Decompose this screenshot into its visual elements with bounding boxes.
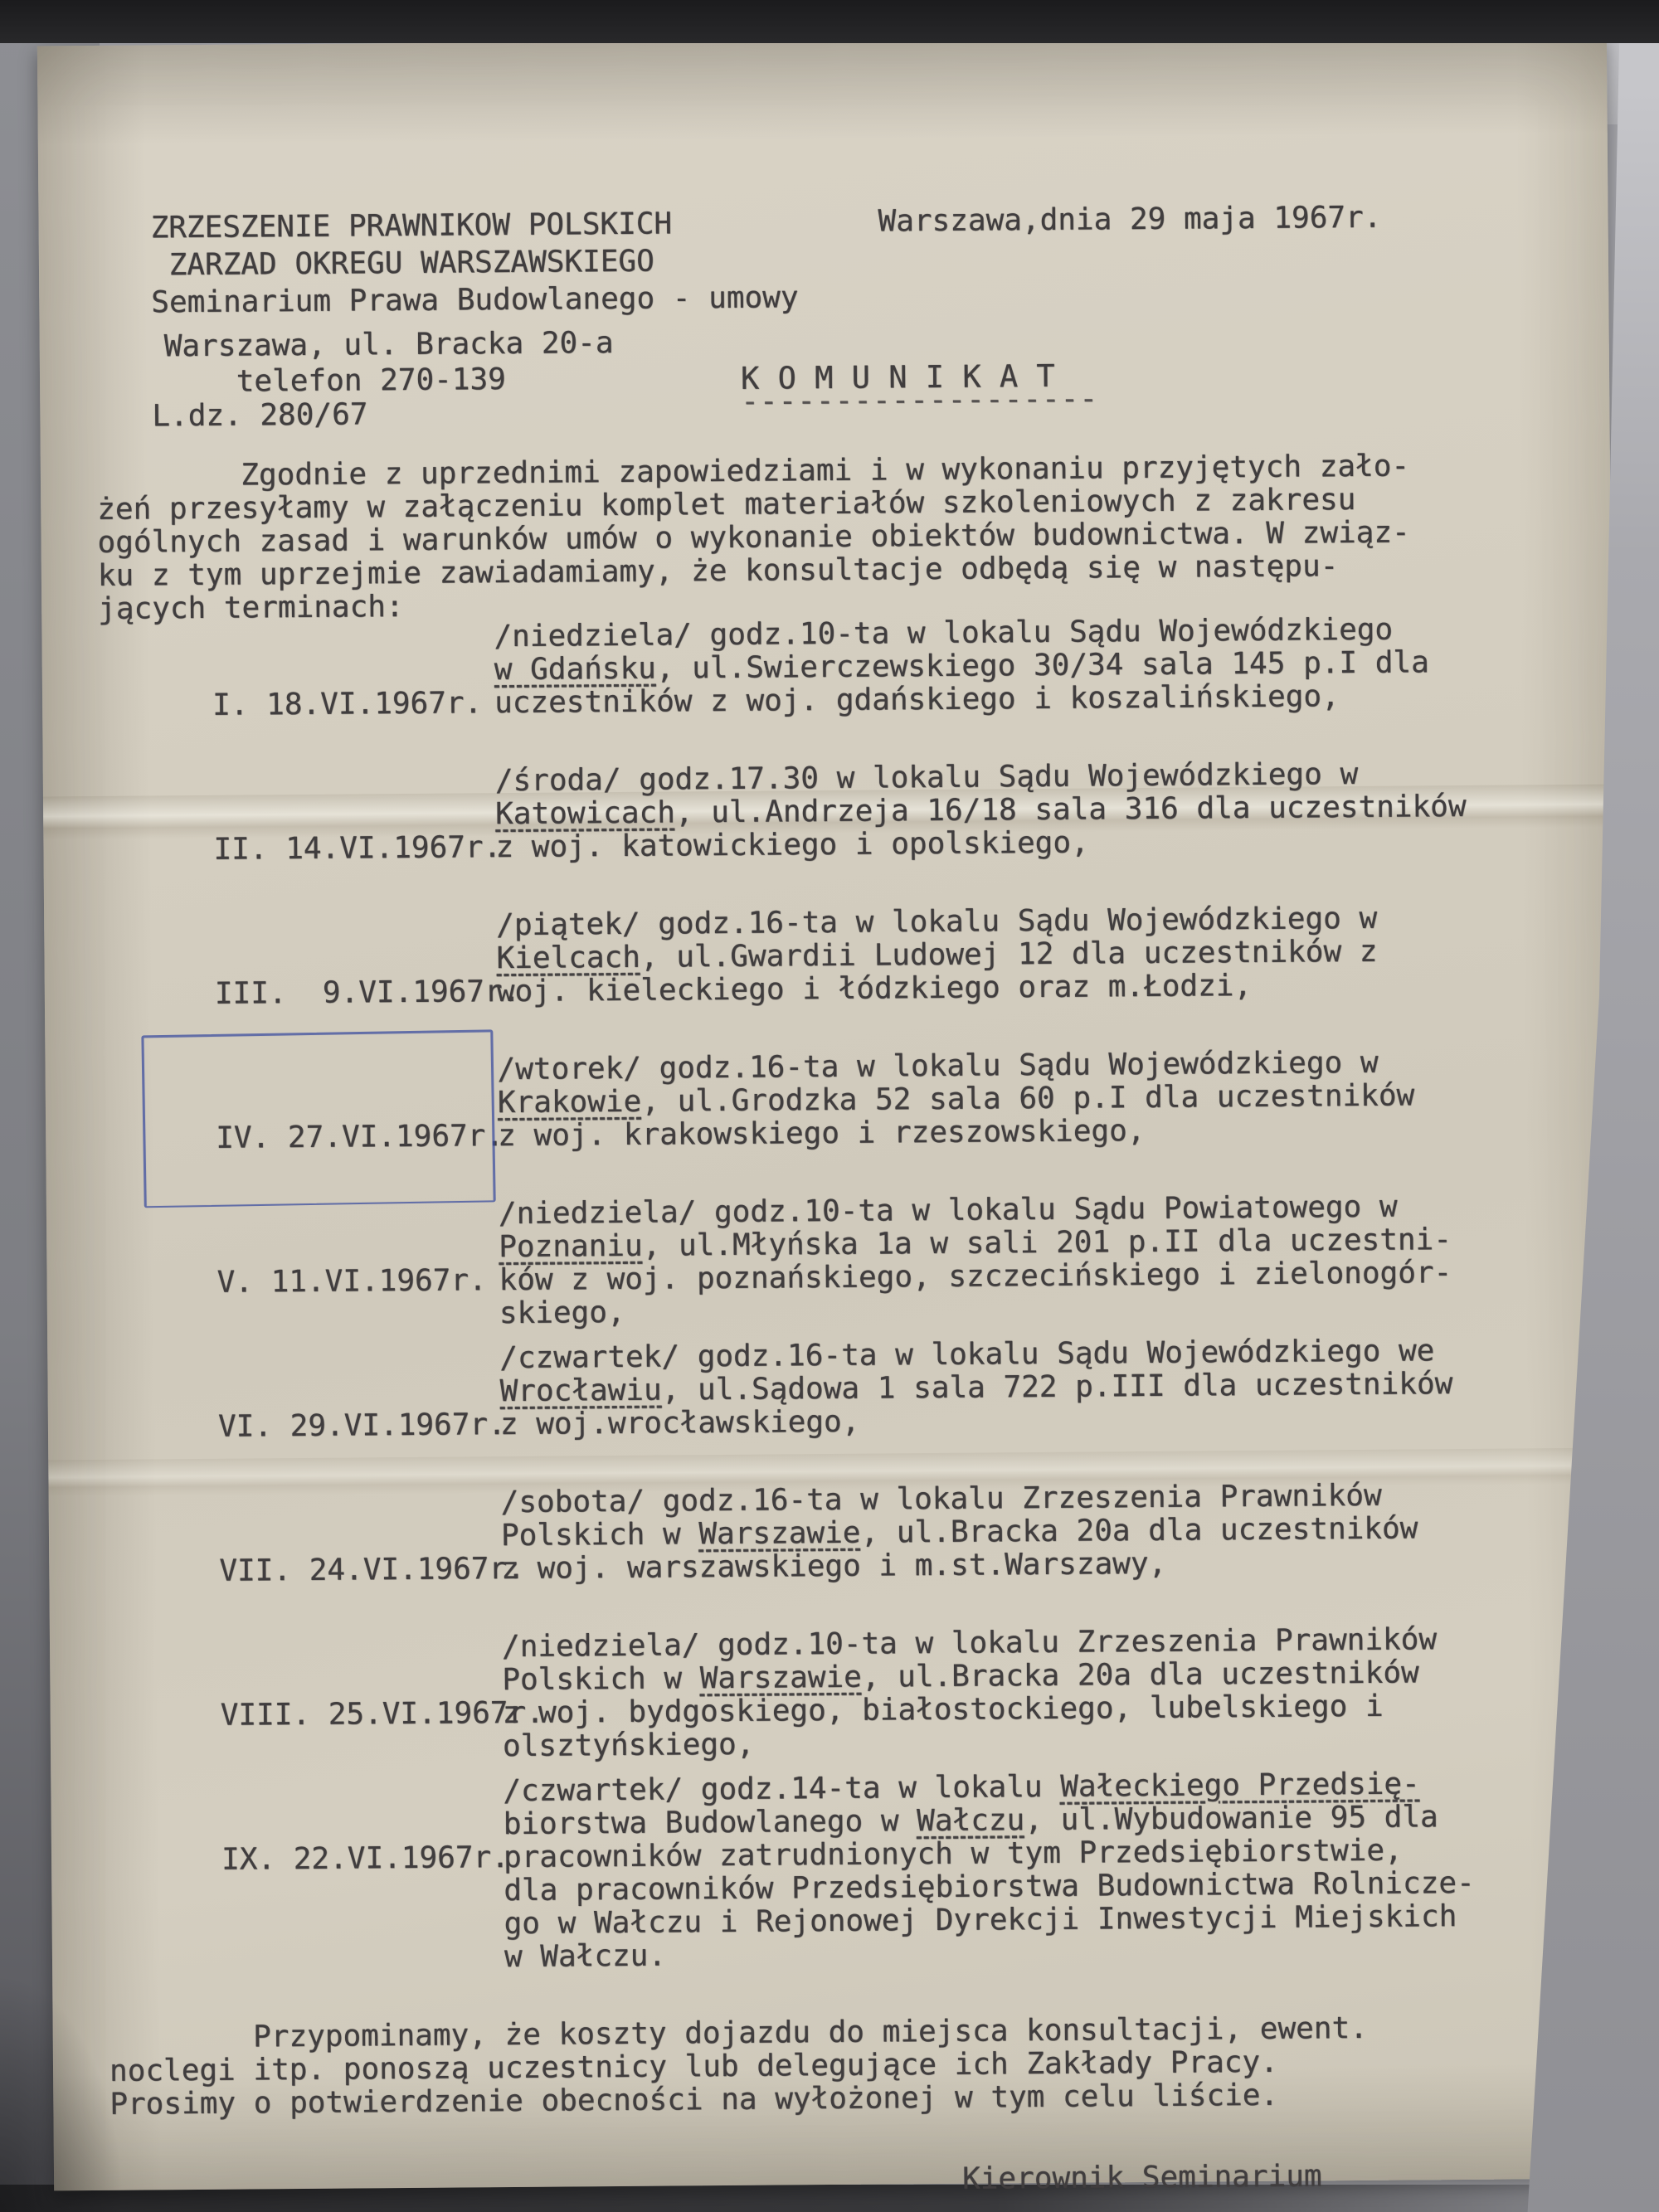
schedule-item-number-date: III. 9.VI.1967r. — [106, 909, 480, 1045]
schedule-line: w Wałczu. — [504, 1932, 1574, 1974]
schedule-item: VII. 24.VI.1967r. /sobota/ godz.16-ta w … — [111, 1478, 1572, 1622]
schedule-item-label-text: VIII. 25.VI.1967r. — [221, 1696, 544, 1733]
schedule-line: z woj. katowickiego i opolskiego, — [495, 823, 1565, 864]
schedule-item-number-date: II. 14.VI.1967r. — [105, 765, 479, 901]
schedule-list: I. 18.VI.1967r. /niedziela/ godz.10-ta w… — [104, 612, 1576, 2203]
schedule-item-label-text: VII. 24.VI.1967r. — [219, 1552, 525, 1588]
schedule-item-details: /niedziela/ godz.10-ta w lokalu Zrzeszen… — [485, 1622, 1573, 1763]
paper-shadow-top — [37, 34, 1608, 146]
schedule-item: I. 18.VI.1967r. /niedziela/ godz.10-ta w… — [104, 612, 1564, 756]
schedule-item-details: /sobota/ godz.16-ta w lokalu Zrzeszenia … — [484, 1478, 1572, 1619]
closing-paragraph: Przypominamy, że koszty dojazdu do miejs… — [109, 2011, 1520, 2122]
signature-title: Kierownik Seminarium — [962, 2158, 1576, 2196]
schedule-item: VI. 29.VI.1967r. /czwartek/ godz.16-ta w… — [109, 1334, 1570, 1478]
letterhead-organization: ZRZESZENIE PRAWNIKOW POLSKICH ZARZAD OKR… — [150, 204, 798, 321]
schedule-item-details: /piątek/ godz.16-ta w lokalu Sądu Wojewó… — [479, 901, 1567, 1042]
schedule-item-label-text: III. 9.VI.1967r. — [215, 975, 521, 1011]
title-underline: ------------------- — [741, 382, 1098, 418]
schedule-item: V. 11.VI.1967r. /niedziela/ godz.10-ta w… — [109, 1189, 1569, 1334]
intro-paragraph: Zgodnie z uprzednimi zapowiedziami i w w… — [97, 449, 1525, 626]
document-title-block: K O M U N I K A T ------------------- — [741, 359, 1098, 418]
schedule-item: II. 14.VI.1967r. /środa/ godz.17.30 w lo… — [105, 756, 1566, 901]
schedule-line: olsztyńskiego, — [503, 1722, 1573, 1763]
schedule-item-number-date: VI. 29.VI.1967r. — [109, 1342, 484, 1478]
schedule-item: IX. 22.VI.1967r. /czwartek/ godz.14-ta w… — [113, 1767, 1574, 1977]
schedule-item-number-date: I. 18.VI.1967r. — [104, 620, 478, 756]
schedule-item: IV. 27.VI.1967r. /wtorek/ godz.16-ta w l… — [107, 1045, 1568, 1189]
schedule-item-label-text: IX. 22.VI.1967r. — [221, 1840, 509, 1877]
schedule-item-label-text: II. 14.VI.1967r. — [213, 830, 501, 867]
schedule-item-details: /wtorek/ godz.16-ta w lokalu Sądu Wojewó… — [480, 1045, 1568, 1186]
schedule-item-label-text: I. 18.VI.1967r. — [212, 686, 482, 722]
handwritten-pen-box — [141, 1029, 495, 1208]
schedule-line: woj. kieleckiego i łódzkiego oraz m.Łodz… — [497, 967, 1567, 1009]
date-line: Warszawa,dnia 29 maja 1967r. — [878, 202, 1381, 239]
schedule-item-label-text: V. 11.VI.1967r. — [216, 1263, 486, 1300]
schedule-item-details: /niedziela/ godz.10-ta w lokalu Sądu Woj… — [477, 612, 1564, 753]
schedule-item-number-date: IX. 22.VI.1967r. — [113, 1775, 488, 1977]
schedule-item-number-date: IV. 27.VI.1967r. — [107, 1053, 481, 1189]
document-paper: ZRZESZENIE PRAWNIKOW POLSKICH ZARZAD OKR… — [37, 34, 1623, 2191]
schedule-item-label-text: VI. 29.VI.1967r. — [218, 1407, 506, 1444]
schedule-item-details: /niedziela/ godz.10-ta w lokalu Sądu Pow… — [482, 1189, 1569, 1330]
schedule-line: z woj.wrocławskiego, — [500, 1400, 1570, 1441]
photo-corner-shadow — [0, 1974, 124, 2212]
photo-background-top — [0, 0, 1659, 43]
schedule-item-details: /środa/ godz.17.30 w lokalu Sądu Wojewód… — [479, 756, 1566, 897]
letterhead-address: Warszawa, ul. Bracka 20-a telefon 270-13… — [164, 325, 615, 400]
schedule-item-details: /czwartek/ godz.16-ta w lokalu Sądu Woje… — [483, 1334, 1570, 1475]
schedule-line: z woj. krakowskiego i rzeszowskiego, — [498, 1111, 1568, 1153]
schedule-item-details: /czwartek/ godz.14-ta w lokalu Wałeckieg… — [486, 1767, 1574, 1974]
schedule-line: uczestników z woj. gdańskiego i koszaliń… — [494, 678, 1564, 720]
schedule-item-number-date: VIII. 25.VI.1967r. — [112, 1631, 486, 1767]
schedule-item-number-date: VII. 24.VI.1967r. — [111, 1486, 485, 1622]
schedule-item-number-date: V. 11.VI.1967r. — [109, 1198, 483, 1334]
reference-number: L.dz. 280/67 — [152, 398, 367, 433]
schedule-line: z woj. warszawskiego i m.st.Warszawy, — [501, 1544, 1571, 1586]
schedule-item: VIII. 25.VI.1967r. /niedziela/ godz.10-t… — [112, 1622, 1573, 1767]
schedule-item: III. 9.VI.1967r. /piątek/ godz.16-ta w l… — [106, 901, 1567, 1045]
